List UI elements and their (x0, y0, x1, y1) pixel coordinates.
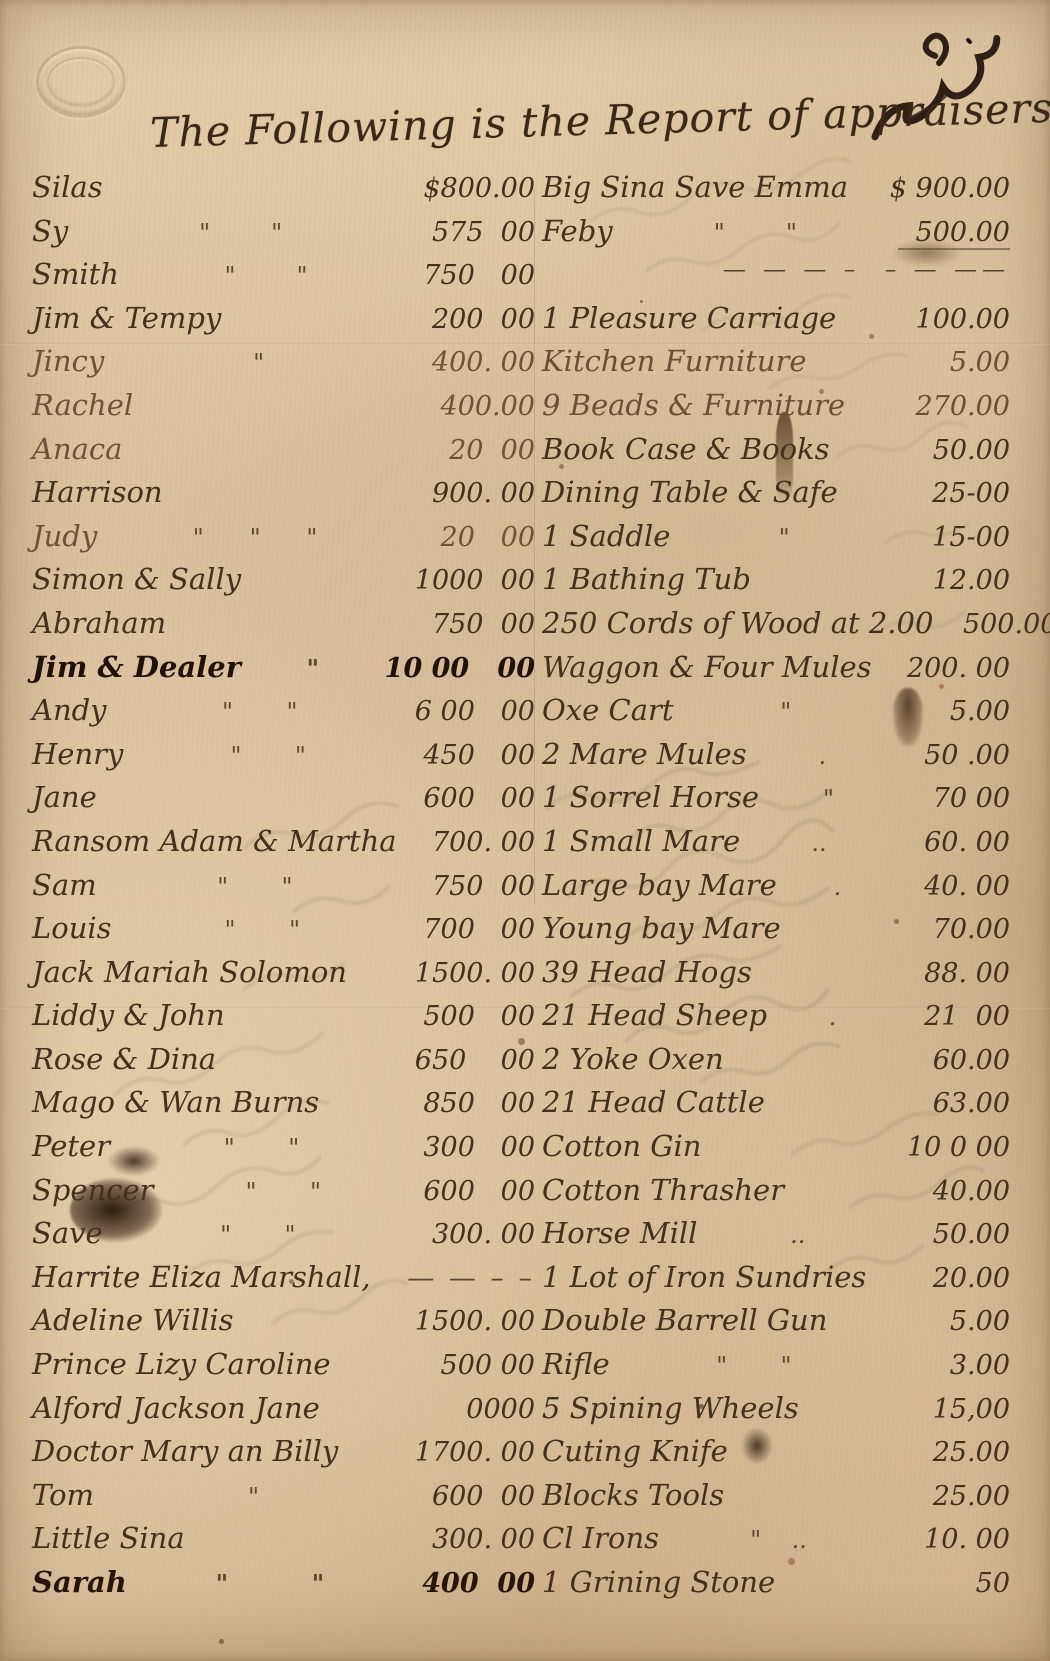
item-value: 5.00 (898, 347, 1010, 378)
ditto-marks: .. (697, 1221, 898, 1249)
item-name: Jincy (32, 344, 104, 378)
list-item: 1 Bathing Tub12.00 (542, 562, 1010, 606)
list-item: Silas$800.00 (32, 170, 535, 214)
list-item: 1 Grining Stone50 (542, 1565, 1010, 1609)
item-value: 10. 00 (898, 1524, 1010, 1555)
list-item: Alford Jackson Jane0000 (32, 1391, 535, 1435)
item-name: Feby (542, 214, 613, 248)
item-value: 600 00 (413, 1176, 535, 1207)
item-value: 1700. 00 (413, 1437, 535, 1468)
list-item: Spencer" "600 00 (32, 1173, 535, 1217)
item-name: 250 Cords of Wood at 2.00 (542, 606, 933, 640)
item-value: 88. 00 (898, 958, 1010, 989)
item-value: — — — – – — —— (723, 257, 1010, 283)
item-name: 1 Small Mare (542, 824, 740, 858)
list-item: Blocks Tools25.00 (542, 1478, 1010, 1522)
list-item: 1 Pleasure Carriage100.00 (542, 301, 1010, 345)
item-value: 900. 00 (413, 478, 535, 509)
item-value: 21 00 (898, 1001, 1010, 1032)
item-name: Spencer (32, 1173, 154, 1207)
ditto-marks: " " (123, 742, 413, 770)
item-value: 450 00 (413, 740, 535, 771)
item-name: Cl Irons (542, 1521, 659, 1555)
item-value: 0000 (413, 1394, 535, 1425)
item-name: Peter (32, 1129, 110, 1163)
item-value: 700. 00 (413, 827, 535, 858)
item-name: Sarah (32, 1565, 127, 1599)
item-name: Adeline Willis (32, 1303, 234, 1337)
list-item: Little Sina300. 00 (32, 1521, 535, 1565)
item-name: Dining Table & Safe (542, 475, 838, 509)
item-value: 15,00 (898, 1394, 1010, 1425)
item-value: 10 0 00 (898, 1132, 1010, 1163)
list-item: Judy" " "20 00 (32, 519, 535, 563)
list-item: Cl Irons" ..10. 00 (542, 1521, 1010, 1565)
ditto-marks: " " (107, 698, 413, 726)
item-value: 25.00 (898, 1481, 1010, 1512)
item-value: 300. 00 (413, 1524, 535, 1555)
item-value: 15-00 (898, 522, 1010, 553)
item-name: Harrite Eliza Marshall, (32, 1260, 371, 1294)
ditto-marks: " " " (97, 524, 413, 552)
ditto-marks: " " (112, 916, 413, 944)
item-value: 850 00 (413, 1088, 535, 1119)
item-value: 200. 00 (898, 653, 1010, 684)
list-item: 1 Sorrel Horse"70 00 (542, 780, 1010, 824)
item-value: 400 00 (413, 1568, 535, 1599)
list-item: Double Barrell Gun5.00 (542, 1303, 1010, 1347)
ditto-marks: . (747, 742, 898, 770)
list-item: Ransom Adam & Martha700. 00 (32, 824, 535, 868)
list-item: Harrison900. 00 (32, 475, 535, 519)
item-name: 1 Pleasure Carriage (542, 301, 836, 335)
list-item: 2 Mare Mules.50 .00 (542, 737, 1010, 781)
list-item: Big Sina Save Emma$ 900.00 (542, 170, 1010, 214)
item-name: Waggon & Four Mules (542, 650, 872, 684)
list-item: 9 Beads & Furniture270.00 (542, 388, 1010, 432)
list-item: Feby" "500.00 (542, 214, 1010, 258)
item-value: 60. 00 (898, 827, 1010, 858)
item-name: 21 Head Cattle (542, 1085, 765, 1119)
item-value: 750 00 (413, 609, 535, 640)
list-item: Mago & Wan Burns850 00 (32, 1085, 535, 1129)
list-item: Abraham750 00 (32, 606, 535, 650)
item-name: Harrison (32, 475, 163, 509)
list-item: Dining Table & Safe25-00 (542, 475, 1010, 519)
item-value: 750 00 (413, 260, 535, 291)
item-name: 1 Grining Stone (542, 1565, 775, 1599)
item-value: 10 00 00 (385, 653, 535, 684)
ditto-marks: " " (119, 262, 413, 290)
list-item: Jincy"400. 00 (32, 344, 535, 388)
ditto-marks: " (670, 524, 898, 552)
list-item: 1 Lot of Iron Sundries20.00 (542, 1260, 1010, 1304)
item-value: 750 00 (413, 871, 535, 902)
page-title: The Following is the Report of appraiser… (149, 87, 940, 157)
item-name: 2 Mare Mules (542, 737, 747, 771)
item-value: 3.00 (898, 1350, 1010, 1381)
list-item: Horse Mill..50.00 (542, 1216, 1010, 1260)
item-value: 700 00 (413, 914, 535, 945)
item-name: Alford Jackson Jane (32, 1391, 320, 1425)
item-name: Judy (32, 519, 97, 553)
item-name: Oxe Cart (542, 693, 674, 727)
item-value: 400. 00 (413, 347, 535, 378)
item-name: Simon & Sally (32, 562, 241, 596)
item-value: 270.00 (898, 391, 1010, 422)
item-name: Mago & Wan Burns (32, 1085, 319, 1119)
item-name: Ransom Adam & Martha (32, 824, 397, 858)
list-item: Sy" "575 00 (32, 214, 535, 258)
list-item: 21 Head Cattle63.00 (542, 1085, 1010, 1129)
list-item: Cuting Knife25.00 (542, 1434, 1010, 1478)
item-name: Silas (32, 170, 103, 204)
item-value: — — – – (407, 1263, 535, 1294)
list-item: Tom"600 00 (32, 1478, 535, 1522)
list-item: 2 Yoke Oxen60.00 (542, 1042, 1010, 1086)
item-name: 21 Head Sheep (542, 998, 767, 1032)
list-item: Andy" "6 00 00 (32, 693, 535, 737)
item-value: 50.00 (898, 435, 1010, 466)
item-value: 50 .00 (898, 740, 1010, 771)
item-value: 300. 00 (413, 1219, 535, 1250)
item-value: $ 900.00 (890, 173, 1010, 204)
list-item: Rachel400.00 (32, 388, 535, 432)
item-value: 5.00 (898, 696, 1010, 727)
list-item: Jim & Tempy200 00 (32, 301, 535, 345)
item-name: Rifle (542, 1347, 610, 1381)
list-item: Sam" "750 00 (32, 868, 535, 912)
item-value: 500 00 (413, 1001, 535, 1032)
item-value: 1500. 00 (413, 1306, 535, 1337)
item-name: Jim & Dealer (32, 650, 241, 684)
item-name: 1 Lot of Iron Sundries (542, 1260, 866, 1294)
item-name: Blocks Tools (542, 1478, 724, 1512)
list-item: Waggon & Four Mules200. 00 (542, 650, 1010, 694)
list-item: Cotton Thrasher40.00 (542, 1173, 1010, 1217)
item-name: Henry (32, 737, 123, 771)
item-name: Doctor Mary an Billy (32, 1434, 338, 1468)
ditto-marks: " (94, 1483, 413, 1511)
list-item: Louis" "700 00 (32, 911, 535, 955)
item-name: Little Sina (32, 1521, 185, 1555)
item-name: Prince Lizy Caroline (32, 1347, 331, 1381)
list-item: Jane600 00 (32, 780, 535, 824)
appraisal-document-page: The Following is the Report of appraiser… (0, 0, 1050, 1661)
ditto-marks: " " (127, 1569, 413, 1598)
list-item: Jim & Dealer"10 00 00 (32, 650, 535, 694)
item-value: 50.00 (898, 1219, 1010, 1250)
item-name: Sy (32, 214, 68, 248)
item-name: Liddy & John (32, 998, 225, 1032)
list-item: Adeline Willis1500. 00 (32, 1303, 535, 1347)
list-item: Sarah" "400 00 (32, 1565, 535, 1609)
list-item: Liddy & John500 00 (32, 998, 535, 1042)
item-name: Young bay Mare (542, 911, 781, 945)
item-name: Jack Mariah Solomon (32, 955, 347, 989)
item-value: 40.00 (898, 1176, 1010, 1207)
item-value: 650 00 (413, 1045, 535, 1076)
list-item: Anaca20 00 (32, 432, 535, 476)
ditto-marks: " " (110, 1134, 413, 1162)
list-item: Doctor Mary an Billy1700. 00 (32, 1434, 535, 1478)
item-value: 5.00 (898, 1306, 1010, 1337)
item-name: 9 Beads & Furniture (542, 388, 845, 422)
list-item: Young bay Mare70.00 (542, 911, 1010, 955)
ditto-marks: .. (740, 829, 898, 857)
appraisal-list-right: Big Sina Save Emma$ 900.00Feby" "500.00—… (542, 170, 1010, 1609)
embossed-seal (36, 46, 126, 118)
item-name: Sam (32, 868, 97, 902)
item-name: Cuting Knife (542, 1434, 728, 1468)
item-name: 5 Spining Wheels (542, 1391, 799, 1425)
item-name: Smith (32, 257, 119, 291)
item-name: 1 Sorrel Horse (542, 780, 759, 814)
list-item: Prince Lizy Caroline500 00 (32, 1347, 535, 1391)
list-item: 39 Head Hogs88. 00 (542, 955, 1010, 999)
item-value: 70 00 (898, 783, 1010, 814)
item-value: 6 00 00 (413, 696, 535, 727)
item-name: Double Barrell Gun (542, 1303, 827, 1337)
item-value: 500.00 (945, 609, 1050, 640)
item-name: Large bay Mare (542, 868, 777, 902)
item-name: Book Case & Books (542, 432, 829, 466)
item-value: $800.00 (413, 173, 535, 204)
item-value: 600 00 (413, 1481, 535, 1512)
ditto-marks: " " (610, 1352, 898, 1380)
item-name: Jane (32, 780, 97, 814)
ditto-marks: " " (103, 1221, 413, 1249)
ditto-marks: . (767, 1003, 898, 1031)
ditto-marks: " " (154, 1178, 413, 1206)
list-item: Rose & Dina650 00 (32, 1042, 535, 1086)
item-name: Horse Mill (542, 1216, 697, 1250)
item-name: Jim & Tempy (32, 301, 221, 335)
item-value: 40. 00 (898, 871, 1010, 902)
list-item: 1 Saddle"15-00 (542, 519, 1010, 563)
item-name: Kitchen Furniture (542, 344, 807, 378)
list-item: Peter" "300 00 (32, 1129, 535, 1173)
item-name: Anaca (32, 432, 122, 466)
item-name: Andy (32, 693, 107, 727)
list-item: Oxe Cart"5.00 (542, 693, 1010, 737)
list-item: Large bay Mare.40. 00 (542, 868, 1010, 912)
ditto-marks: . (777, 873, 898, 901)
item-name: Tom (32, 1478, 94, 1512)
item-name: 1 Bathing Tub (542, 562, 751, 596)
list-item: Simon & Sally1000 00 (32, 562, 535, 606)
item-name: Abraham (32, 606, 166, 640)
list-item: Cotton Gin10 0 00 (542, 1129, 1010, 1173)
item-value: 20 00 (413, 522, 535, 553)
list-item: Smith" "750 00 (32, 257, 535, 301)
appraisal-list-left: Silas$800.00Sy" "575 00Smith" "750 00Jim… (32, 170, 535, 1609)
item-value: 1500. 00 (413, 958, 535, 989)
item-value: 200 00 (413, 304, 535, 335)
item-value: 60.00 (898, 1045, 1010, 1076)
item-value: 63.00 (898, 1088, 1010, 1119)
item-value: 1000 00 (413, 565, 535, 596)
ditto-marks: " (241, 654, 385, 683)
item-name: Rachel (32, 388, 133, 422)
ditto-marks: " (674, 698, 898, 726)
ditto-marks: " (759, 785, 898, 813)
list-item: 5 Spining Wheels15,00 (542, 1391, 1010, 1435)
item-value: 500.00 (898, 217, 1010, 250)
list-item: 21 Head Sheep.21 00 (542, 998, 1010, 1042)
item-value: 25.00 (898, 1437, 1010, 1468)
list-item: 250 Cords of Wood at 2.00500.00 (542, 606, 1010, 650)
item-name: Louis (32, 911, 112, 945)
item-name: 2 Yoke Oxen (542, 1042, 724, 1076)
item-value: 500 00 (413, 1350, 535, 1381)
ditto-marks: " (104, 349, 413, 377)
ditto-marks: " " (97, 873, 413, 901)
ditto-marks: " " (68, 219, 413, 247)
item-name: Cotton Thrasher (542, 1173, 784, 1207)
item-value: 20 00 (413, 435, 535, 466)
item-value: 600 00 (413, 783, 535, 814)
list-item: Jack Mariah Solomon1500. 00 (32, 955, 535, 999)
item-value: 12.00 (898, 565, 1010, 596)
item-value: 50 (898, 1568, 1010, 1599)
item-name: Cotton Gin (542, 1129, 701, 1163)
ditto-marks: " " (613, 219, 898, 247)
list-item: — — — – – — —— (542, 257, 1010, 301)
item-name: Save (32, 1216, 103, 1250)
list-item: 1 Small Mare..60. 00 (542, 824, 1010, 868)
list-item: Save" "300. 00 (32, 1216, 535, 1260)
item-name: 1 Saddle (542, 519, 670, 553)
item-value: 100.00 (898, 304, 1010, 335)
item-value: 70.00 (898, 914, 1010, 945)
item-name: 39 Head Hogs (542, 955, 752, 989)
item-value: 20.00 (898, 1263, 1010, 1294)
ditto-marks: " .. (659, 1526, 898, 1554)
list-item: Book Case & Books50.00 (542, 432, 1010, 476)
list-item: Henry" "450 00 (32, 737, 535, 781)
item-value: 400.00 (413, 391, 535, 422)
list-item: Kitchen Furniture5.00 (542, 344, 1010, 388)
list-item: Harrite Eliza Marshall,— — – – (32, 1260, 535, 1304)
item-value: 300 00 (413, 1132, 535, 1163)
item-value: 25-00 (898, 478, 1010, 509)
list-item: Rifle" "3.00 (542, 1347, 1010, 1391)
item-name: Big Sina Save Emma (542, 170, 848, 204)
item-name: Rose & Dina (32, 1042, 216, 1076)
item-value: 575 00 (413, 217, 535, 248)
